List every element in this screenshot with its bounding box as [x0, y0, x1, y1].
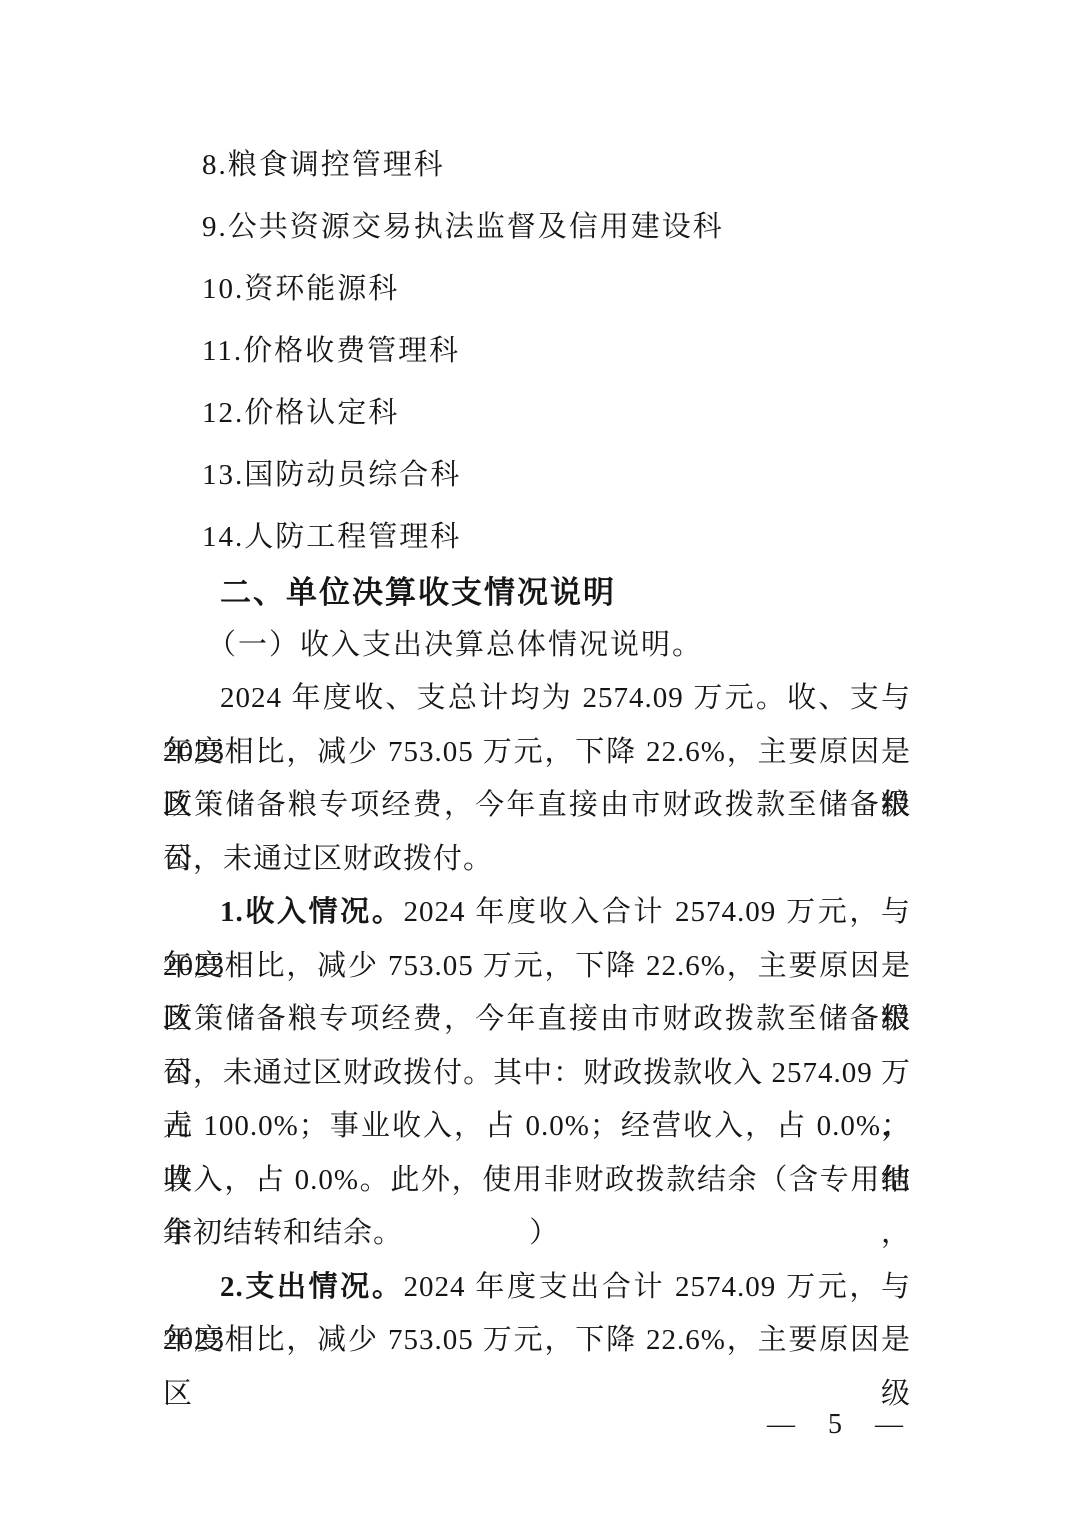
section-heading: 二、单位决算收支情况说明: [163, 568, 911, 618]
department-list-item: 11.价格收费管理科: [163, 320, 911, 382]
department-list-item: 14.人防工程管理科: [163, 506, 911, 568]
department-list: 8.粮食调控管理科9.公共资源交易执法监督及信用建设科10.资环能源科11.价格…: [163, 134, 911, 568]
section-subheading: （一）收入支出决算总体情况说明。: [163, 618, 911, 672]
body-line: 司，未通过区财政拨付。其中：财政拨款收入 2574.09 万元，: [163, 1047, 911, 1101]
body-paragraph: 1.收入情况。2024 年度收入合计 2574.09 万元，与 2023年度相比…: [163, 886, 911, 1261]
body-line: 2.支出情况。2024 年度支出合计 2574.09 万元，与 2023: [163, 1261, 911, 1315]
department-list-item: 10.资环能源科: [163, 258, 911, 320]
document-page: 8.粮食调控管理科9.公共资源交易执法监督及信用建设科10.资环能源科11.价格…: [0, 0, 1075, 1520]
paragraph-lead: 1.收入情况。: [220, 896, 404, 928]
department-list-item: 8.粮食调控管理科: [163, 134, 911, 196]
body-line: 占 100.0%；事业收入，占 0.0%；经营收入，占 0.0%；其他: [163, 1100, 911, 1154]
body-line: 年度相比，减少 753.05 万元，下降 22.6%，主要原因是区级: [163, 940, 911, 994]
body-line: 年度相比，减少 753.05 万元，下降 22.6%，主要原因是区级: [163, 1314, 911, 1368]
body-line: 司，未通过区财政拨付。: [163, 833, 911, 887]
page-footer: — 5 —: [767, 1398, 913, 1452]
department-list-item: 13.国防动员综合科: [163, 444, 911, 506]
body-line: 政策储备粮专项经费，今年直接由市财政拨款至储备粮公: [163, 993, 911, 1047]
department-list-item: 9.公共资源交易执法监督及信用建设科: [163, 196, 911, 258]
body-line: 年度相比，减少 753.05 万元，下降 22.6%，主要原因是区级: [163, 726, 911, 780]
body-line: 1.收入情况。2024 年度收入合计 2574.09 万元，与 2023: [163, 886, 911, 940]
body-paragraph: 2.支出情况。2024 年度支出合计 2574.09 万元，与 2023年度相比…: [163, 1261, 911, 1368]
document-content: 8.粮食调控管理科9.公共资源交易执法监督及信用建设科10.资环能源科11.价格…: [163, 134, 911, 1368]
paragraph-lead: 2.支出情况。: [220, 1271, 404, 1303]
body-paragraph: 2024 年度收、支总计均为 2574.09 万元。收、支与 2023年度相比，…: [163, 672, 911, 886]
body-line: 收入，占 0.0%。此外，使用非财政拨款结余（含专用结余），: [163, 1154, 911, 1208]
body-paragraphs: 2024 年度收、支总计均为 2574.09 万元。收、支与 2023年度相比，…: [163, 672, 911, 1368]
body-line: 2024 年度收、支总计均为 2574.09 万元。收、支与 2023: [163, 672, 911, 726]
page-number: — 5 —: [767, 1409, 913, 1440]
body-line: 政策储备粮专项经费，今年直接由市财政拨款至储备粮公: [163, 779, 911, 833]
department-list-item: 12.价格认定科: [163, 382, 911, 444]
